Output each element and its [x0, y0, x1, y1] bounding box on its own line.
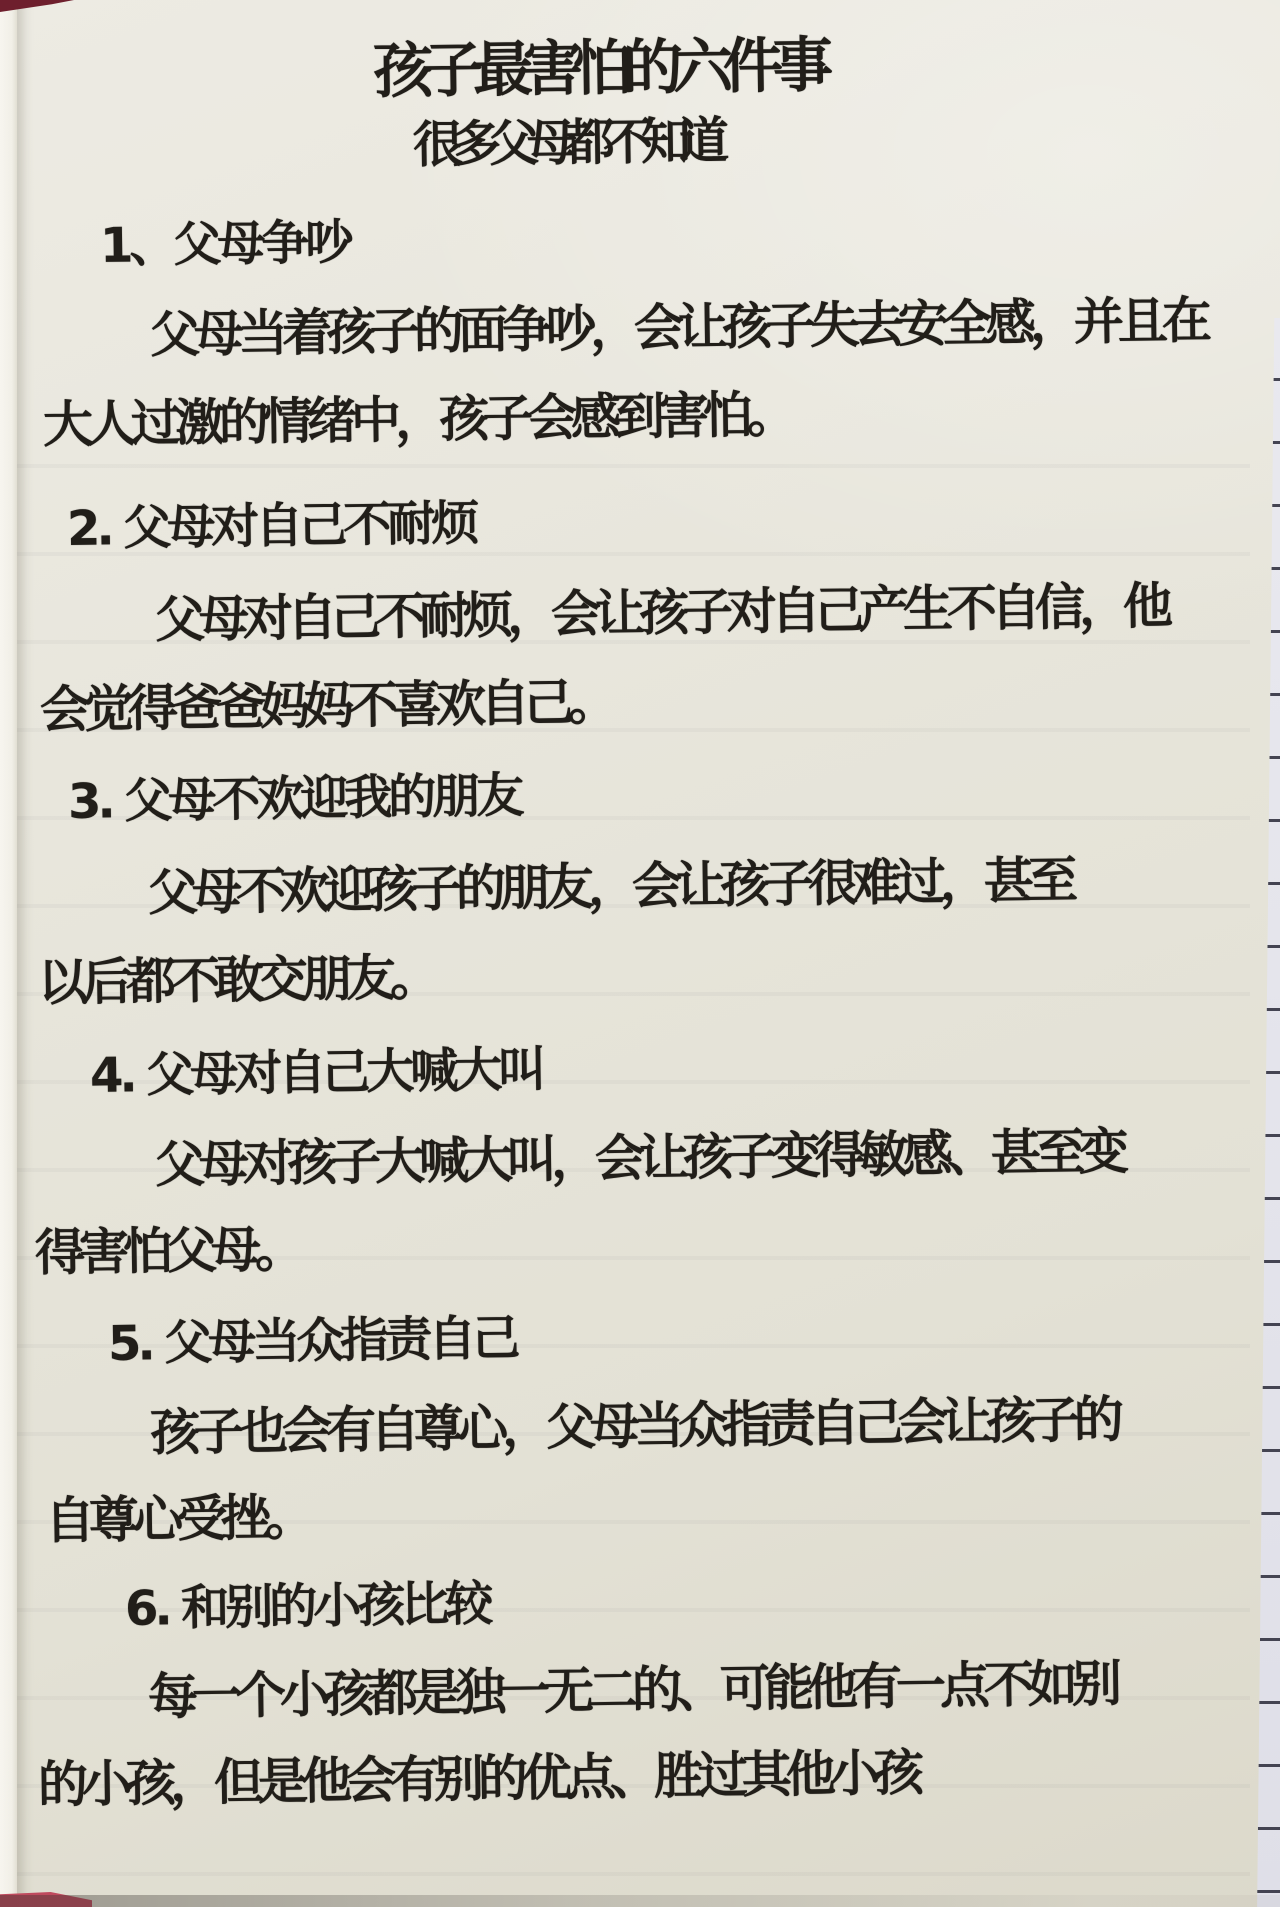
section-4-heading: 4. 父母对自己大喊大叫 [90, 1046, 543, 1100]
section-3-line-2: 以后都不敢交朋友。 [38, 952, 435, 1008]
section-5-line-2: 自尊心受挫。 [45, 1492, 310, 1546]
section-2-heading: 2. 父母对自己不耐烦 [67, 499, 476, 553]
section-2-line-1: 父母对自己不耐烦，会让孩子对自己产生不自信，他 [155, 581, 1168, 645]
page-left-edge [0, 0, 17, 1907]
page-title: 孩子最害怕的六件事 [373, 36, 824, 102]
section-1-line-2: 大人过激的情绪中，孩子会感到害怕。 [43, 390, 792, 450]
section-6-heading: 6. 和别的小孩比较 [125, 1580, 490, 1633]
section-1-heading: 1、父母争吵 [100, 219, 350, 270]
notebook-photo: 孩子最害怕的六件事 很多父母都不知道 1、父母争吵 父母当着孩子的面争吵，会让孩… [0, 0, 1280, 1907]
section-5-line-1: 孩子也会有自尊心，父母当众指责自己会让孩子的 [150, 1394, 1119, 1458]
section-6-line-2: 的小孩，但是他会有别的优点、胜过其他小孩 [38, 1748, 919, 1810]
section-3-line-1: 父母不欢迎孩子的朋友，会让孩子很难过，甚至 [148, 855, 1073, 918]
section-5-heading: 5. 父母当众指责自己 [108, 1314, 517, 1368]
section-2-line-2: 会觉得爸爸妈妈不喜欢自己。 [40, 677, 613, 735]
section-3-heading: 3. 父母不欢迎我的朋友 [68, 772, 521, 826]
section-1-line-1: 父母当着孩子的面争吵，会让孩子失去安全感，并且在 [150, 295, 1207, 360]
section-4-line-1: 父母对孩子大喊大叫，会让孩子变得敏感、甚至变 [155, 1126, 1124, 1190]
page-subtitle: 很多父母都不知道 [413, 116, 718, 170]
section-6-line-1: 每一个小孩都是独一无二的、可能他有一点不如别 [148, 1658, 1117, 1722]
section-4-line-2: 得害怕父母。 [35, 1224, 300, 1278]
page-bottom-shadow [0, 1895, 1280, 1907]
